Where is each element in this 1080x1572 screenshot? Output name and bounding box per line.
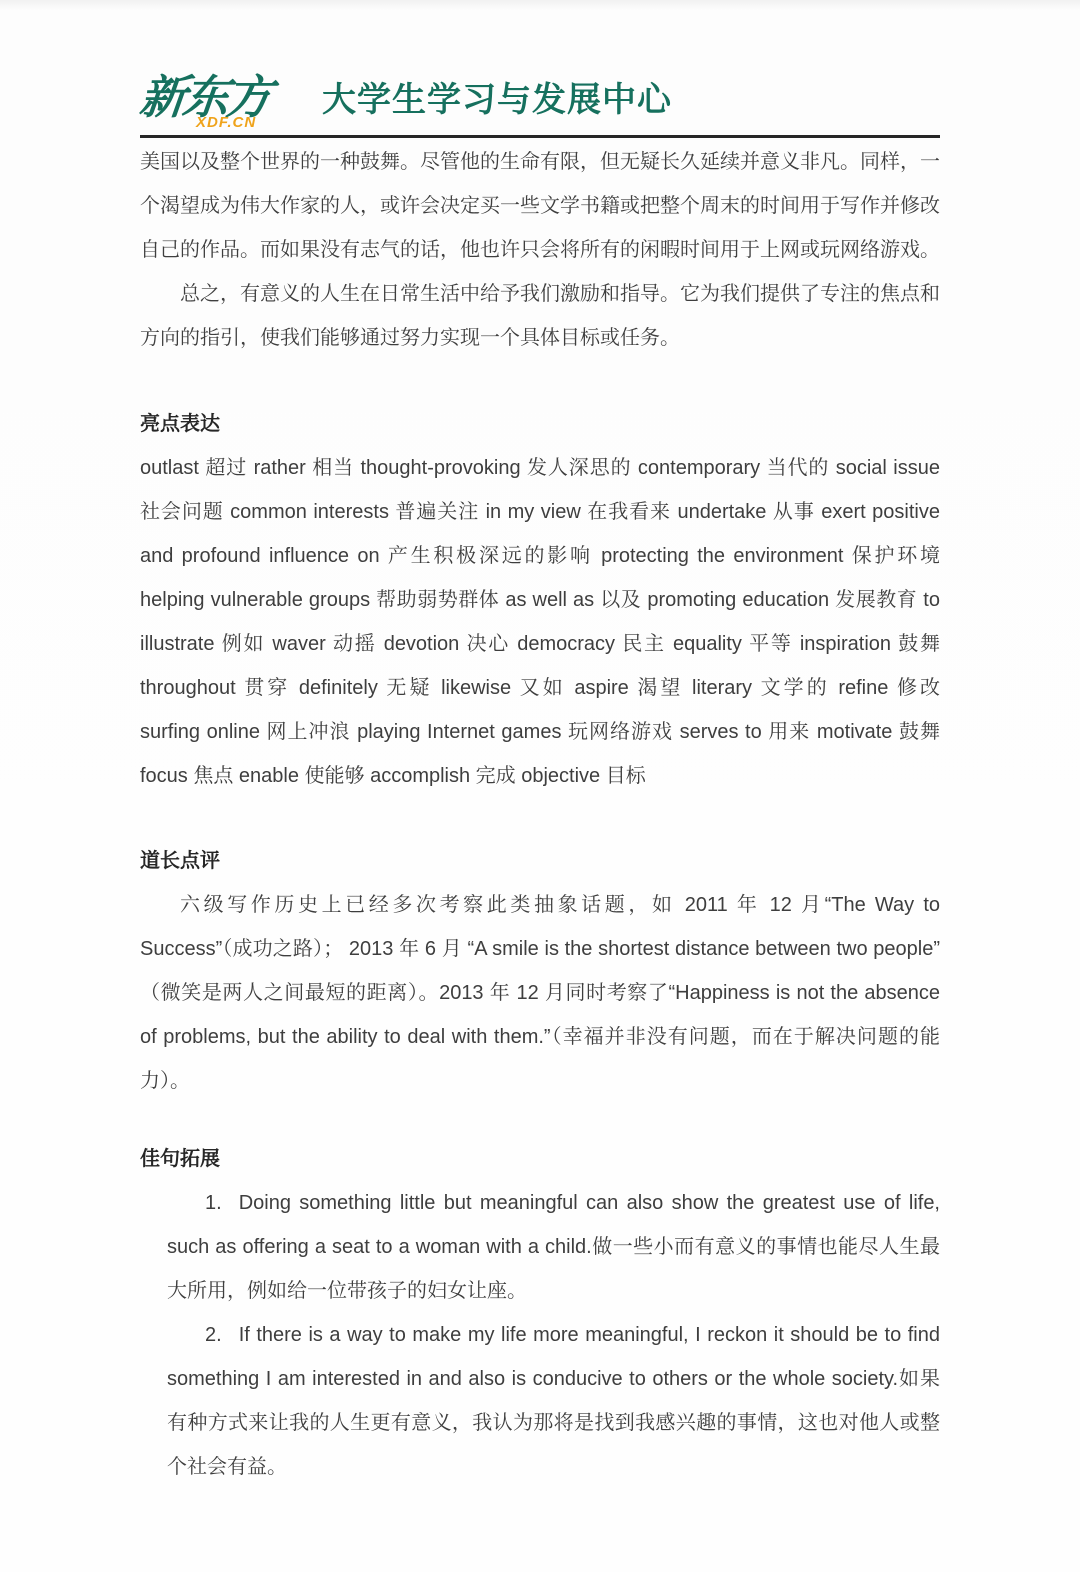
sentence-item: 2.If there is a way to make my life more… xyxy=(167,1313,940,1489)
sentence-text: If there is a way to make my life more m… xyxy=(167,1324,940,1478)
sentence-item: 1.Doing something little but meaningful … xyxy=(167,1181,940,1313)
vocab-line: helping vulnerable groups 帮助弱势群体 as well… xyxy=(140,578,940,622)
vocab-line: surfing online 网上冲浪 playing Internet gam… xyxy=(140,710,940,754)
sentences-section: 佳句拓展 1.Doing something little but meanin… xyxy=(140,1137,940,1489)
commentary-section: 道长点评 六级写作历史上已经多次考察此类抽象话题，如 2011 年 12 月“T… xyxy=(140,839,940,1103)
commentary-paragraph: 六级写作历史上已经多次考察此类抽象话题，如 2011 年 12 月“The Wa… xyxy=(140,883,940,1103)
vocab-line: throughout 贯穿 definitely 无疑 likewise 又如 … xyxy=(140,666,940,710)
xdf-logo: 新东方 XDF.CN xyxy=(140,70,298,132)
vocab-line: outlast 超过 rather 相当 thought-provoking 发… xyxy=(140,446,940,490)
essay-translation-section: 美国以及整个世界的一种鼓舞。尽管他的生命有限，但无疑长久延续并意义非凡。同样，一… xyxy=(140,140,940,360)
xdf-logo-domain: XDF.CN xyxy=(196,114,256,131)
sentence-text: Doing something little but meaningful ca… xyxy=(167,1192,940,1302)
essay-paragraph-2: 总之，有意义的人生在日常生活中给予我们激励和指导。它为我们提供了专注的焦点和方向… xyxy=(140,272,940,360)
vocab-line: illustrate 例如 waver 动摇 devotion 决心 democ… xyxy=(140,622,940,666)
highlights-section: 亮点表达 outlast 超过 rather 相当 thought-provok… xyxy=(140,402,940,798)
sentences-heading: 佳句拓展 xyxy=(140,1137,940,1181)
vocab-line: focus 焦点 enable 使能够 accomplish 完成 object… xyxy=(140,754,940,798)
center-title: 大学生学习与发展中心 xyxy=(322,70,672,130)
document-page: 新东方 XDF.CN 大学生学习与发展中心 美国以及整个世界的一种鼓舞。尽管他的… xyxy=(0,0,1080,1572)
commentary-heading: 道长点评 xyxy=(140,839,940,883)
essay-paragraph-1: 美国以及整个世界的一种鼓舞。尽管他的生命有限，但无疑长久延续并意义非凡。同样，一… xyxy=(140,140,940,272)
sentence-number: 2. xyxy=(205,1324,222,1346)
highlights-heading: 亮点表达 xyxy=(140,402,940,446)
vocab-line: and profound influence on 产生积极深远的影响 prot… xyxy=(140,534,940,578)
sentence-number: 1. xyxy=(205,1192,222,1214)
vocab-line: 社会问题 common interests 普遍关注 in my view 在我… xyxy=(140,490,940,534)
page-content: 美国以及整个世界的一种鼓舞。尽管他的生命有限，但无疑长久延续并意义非凡。同样，一… xyxy=(0,140,1080,1489)
header-brand-bar: 新东方 XDF.CN 大学生学习与发展中心 xyxy=(140,70,940,138)
page-header: 新东方 XDF.CN 大学生学习与发展中心 xyxy=(0,0,1080,138)
